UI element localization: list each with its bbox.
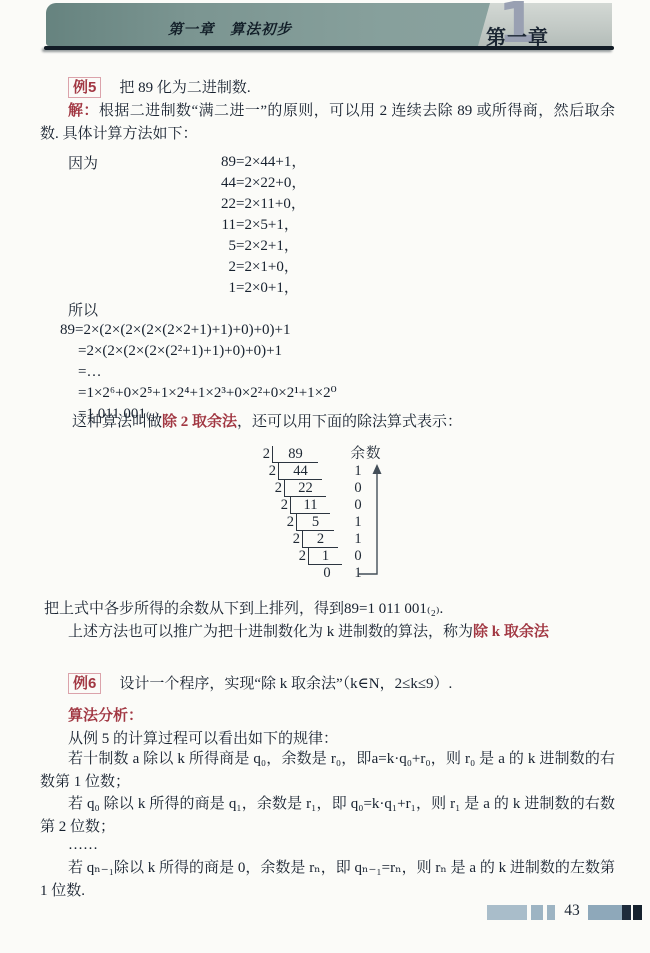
quotient: 2 xyxy=(302,531,338,548)
example6-heading: 例6 设计一个程序，实现“除 k 取余法”（k∈N，2≤k≤9）. xyxy=(68,672,452,694)
equation-rhs: =2×1+0， xyxy=(236,259,299,275)
divisor: 2 xyxy=(268,480,282,497)
example6-label: 例6 xyxy=(68,673,101,694)
so-label: 所以 xyxy=(68,299,98,320)
remainder-order-arrow xyxy=(352,462,384,580)
equation-rhs: =2×11+0， xyxy=(236,196,306,212)
equation-rhs: =2×0+1， xyxy=(236,280,299,296)
chapter-header-band: 1 第一章 xyxy=(46,3,612,46)
divisor: 2 xyxy=(262,463,276,480)
footer-decor-bar xyxy=(588,905,622,920)
equation-lhs: 89 xyxy=(212,152,236,173)
equation-lhs: 5 xyxy=(212,236,236,257)
division-row: 25 xyxy=(280,514,334,531)
rule3-paragraph: 若 qₙ₋₁除以 k 所得的商是 0，余数是 rₙ，即 qₙ₋₁=rₙ，则 rₙ… xyxy=(40,857,615,903)
division-row: 211 xyxy=(274,497,330,514)
footer-decor-bar xyxy=(622,905,631,920)
method-pre: 这种算法叫做 xyxy=(72,414,162,430)
equation-rhs: =2×22+0， xyxy=(236,175,306,191)
quotient: 1 xyxy=(308,548,342,565)
solution-label: 解： xyxy=(68,103,99,119)
example5-heading: 例5 把 89 化为二进制数. xyxy=(68,76,251,98)
quotient: 22 xyxy=(284,480,326,497)
quotient: 11 xyxy=(290,497,330,514)
division-row: 21 xyxy=(292,548,342,565)
quotient: 44 xyxy=(278,463,322,480)
division-row: 22 xyxy=(286,531,338,548)
generalize-method-name: 除 k 取余法 xyxy=(473,624,549,640)
expansion-line: =… xyxy=(78,362,337,383)
equation-line: 11=2×5+1， xyxy=(212,215,306,236)
example5-statement: 把 89 化为二进制数. xyxy=(119,80,250,96)
quotient: 5 xyxy=(296,514,334,531)
divisor: 2 xyxy=(286,531,300,548)
example5-label: 例5 xyxy=(68,77,101,98)
short-division-diagram: 289 244 222 211 25 22 21 0 余数 1 0 0 1 1 … xyxy=(256,446,396,586)
ellipsis-line: …… xyxy=(68,837,98,854)
solution-paragraph: 解：根据二进制数“满二进一”的原则，可以用 2 连续去除 89 或所得商，然后取… xyxy=(40,100,615,146)
divisor: 2 xyxy=(274,497,288,514)
header-underline xyxy=(44,46,614,50)
equation-lhs: 2 xyxy=(212,257,236,278)
solution-text: 根据二进制数“满二进一”的原则，可以用 2 连续去除 89 或所得商，然后取余数… xyxy=(40,103,615,142)
equation-lhs: 11 xyxy=(212,215,236,236)
quotient: 89 xyxy=(272,446,318,463)
footer-decor-bar xyxy=(633,905,642,920)
remainder-header: 余数 xyxy=(346,446,386,463)
arrange-sentence: 把上式中各步所得的余数从下到上排列，得到89=1 011 001₍₂₎. xyxy=(44,598,614,621)
method-post: ，还可以用下面的除法算式表示： xyxy=(237,414,462,430)
divisor: 2 xyxy=(292,548,306,565)
division-row: 0 xyxy=(298,565,344,582)
rule1-paragraph: 若十制数 a 除以 k 所得商是 q₀，余数是 r₀，即a=k·q₀+r₀，则 … xyxy=(40,748,615,794)
textbook-page: 1 第一章 第一章 算法初步 例5 把 89 化为二进制数. 解：根据二进制数“… xyxy=(0,0,650,953)
equation-rhs: =2×5+1， xyxy=(236,217,299,233)
analysis-intro: 从例 5 的计算过程可以看出如下的规律： xyxy=(68,727,338,748)
equation-line: 22=2×11+0， xyxy=(212,194,306,215)
running-title: 第一章 算法初步 xyxy=(168,18,292,39)
because-label: 因为 xyxy=(68,152,98,173)
generalize-pre: 上述方法也可以推广为把十进制数化为 k 进制数的算法，称为 xyxy=(68,624,473,640)
division-row: 289 xyxy=(256,446,318,463)
method-name: 除 2 取余法 xyxy=(162,414,237,430)
example6-statement: 设计一个程序，实现“除 k 取余法”（k∈N，2≤k≤9）. xyxy=(119,676,452,692)
division-row: 244 xyxy=(262,463,322,480)
equation-rhs: =2×2+1， xyxy=(236,238,299,254)
equation-lhs: 44 xyxy=(212,173,236,194)
generalize-sentence: 上述方法也可以推广为把十进制数化为 k 进制数的算法，称为除 k 取余法 xyxy=(40,621,615,644)
divisor: 2 xyxy=(280,514,294,531)
footer-decor-bar xyxy=(531,905,543,920)
expansion-line: 89=2×(2×(2×(2×(2×2+1)+1)+0)+0)+1 xyxy=(60,320,337,341)
page-number: 43 xyxy=(558,902,586,920)
division-row: 222 xyxy=(268,480,326,497)
rule2-paragraph: 若 q₀ 除以 k 所得的商是 q₁，余数是 r₁，即 q₀=k·q₁+r₁，则… xyxy=(40,793,615,839)
equation-line: 44=2×22+0， xyxy=(212,173,306,194)
equation-line: 1=2×0+1， xyxy=(212,278,306,299)
divisor: 2 xyxy=(256,446,270,463)
equation-line: 5=2×2+1， xyxy=(212,236,306,257)
division-equations: 89=2×44+1， 44=2×22+0， 22=2×11+0， 11=2×5+… xyxy=(212,152,306,299)
expansion-line: =2×(2×(2×(2×(2²+1)+1)+0)+0)+1 xyxy=(78,341,337,362)
equation-line: 89=2×44+1， xyxy=(212,152,306,173)
method-sentence: 这种算法叫做除 2 取余法，还可以用下面的除法算式表示： xyxy=(72,410,462,431)
equation-rhs: =2×44+1， xyxy=(236,154,306,170)
footer-decor-bar xyxy=(547,905,555,920)
final-quotient: 0 xyxy=(310,565,344,582)
equation-lhs: 22 xyxy=(212,194,236,215)
footer-decor-bar xyxy=(487,905,527,920)
analysis-label: 算法分析： xyxy=(68,704,143,725)
equation-line: 2=2×1+0， xyxy=(212,257,306,278)
equation-lhs: 1 xyxy=(212,278,236,299)
expansion-line: =1×2⁶+0×2⁵+1×2⁴+1×2³+0×2²+0×2¹+1×2⁰ xyxy=(78,383,337,404)
